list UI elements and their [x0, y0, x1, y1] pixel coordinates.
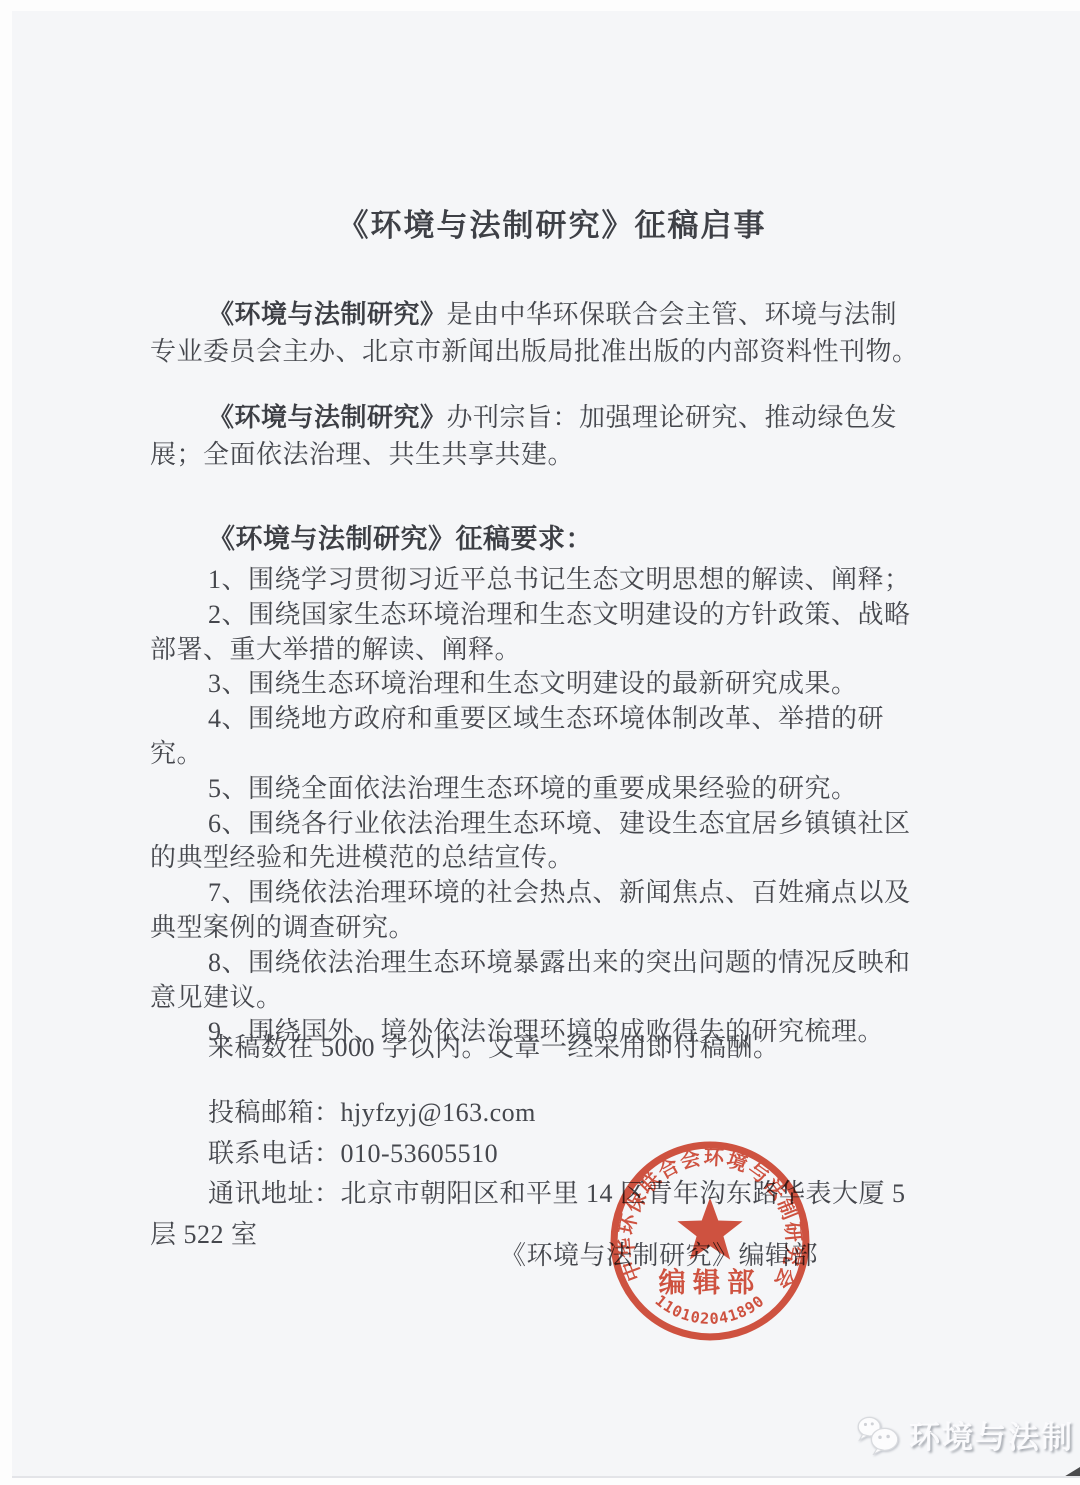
purpose-paragraph: 《环境与法制研究》办刊宗旨：加强理论研究、推动绿色发展；全面依法治理、共生共享共… [150, 399, 922, 473]
document-page: 《环境与法制研究》征稿启事 《环境与法制研究》是由中华环保联合会主管、环境与法制… [12, 11, 1080, 1478]
requirements-heading-text: 征稿要求： [456, 524, 594, 554]
requirement-item: 3、围绕生态环境治理和生态文明建设的最新研究成果。 [150, 667, 922, 702]
intro-paragraph: 《环境与法制研究》是由中华环保联合会主管、环境与法制专业委员会主办、北京市新闻出… [150, 296, 922, 370]
requirement-item: 5、围绕全面依法治理生态环境的重要成果经验的研究。 [150, 772, 922, 807]
watermark-label: 环境与法制 [909, 1412, 1074, 1457]
requirement-item: 7、围绕依法治理环境的社会热点、新闻焦点、百姓痛点以及典型案例的调查研究。 [150, 876, 922, 946]
contact-block: 投稿邮箱：hjyfzyj@163.com 联系电话：010-53605510 通… [150, 1093, 922, 1255]
journal-name: 《环境与法制研究》 [208, 402, 447, 432]
editorial-department-signature: 《环境与法制研究》编辑部 [500, 1235, 818, 1272]
requirement-item: 2、围绕国家生态环境治理和生态文明建设的方针政策、战略部署、重大举措的解读、阐释… [150, 598, 922, 668]
wechat-watermark: 环境与法制 [856, 1412, 1074, 1457]
contact-email: 投稿邮箱：hjyfzyj@163.com [150, 1093, 922, 1134]
contact-phone: 联系电话：010-53605510 [150, 1134, 922, 1175]
document-title: 《环境与法制研究》征稿启事 [12, 200, 1080, 245]
journal-name: 《环境与法制研究》 [208, 524, 456, 554]
requirement-item: 1、围绕学习贯彻习近平总书记生态文明思想的解读、阐释； [150, 563, 922, 598]
requirements-list: 1、围绕学习贯彻习近平总书记生态文明思想的解读、阐释； 2、围绕国家生态环境治理… [150, 563, 922, 1050]
requirement-item: 6、围绕各行业依法治理生态环境、建设生态宜居乡镇镇社区的典型经验和先进模范的总结… [150, 807, 922, 877]
requirement-item: 8、围绕依法治理生态环境暴露出来的突出问题的情况反映和意见建议。 [150, 946, 922, 1016]
requirements-heading: 《环境与法制研究》征稿要求： [208, 517, 593, 556]
submission-note: 来稿数在 5000 字以内。文章一经采用即付稿酬。 [150, 1030, 922, 1066]
page-bottom-edge [12, 1476, 1080, 1478]
requirement-item: 4、围绕地方政府和重要区域生态环境体制改革、举措的研究。 [150, 702, 922, 772]
scanned-document: 《环境与法制研究》征稿启事 《环境与法制研究》是由中华环保联合会主管、环境与法制… [0, 0, 1080, 1485]
wechat-icon [856, 1415, 900, 1455]
journal-name: 《环境与法制研究》 [208, 299, 447, 329]
